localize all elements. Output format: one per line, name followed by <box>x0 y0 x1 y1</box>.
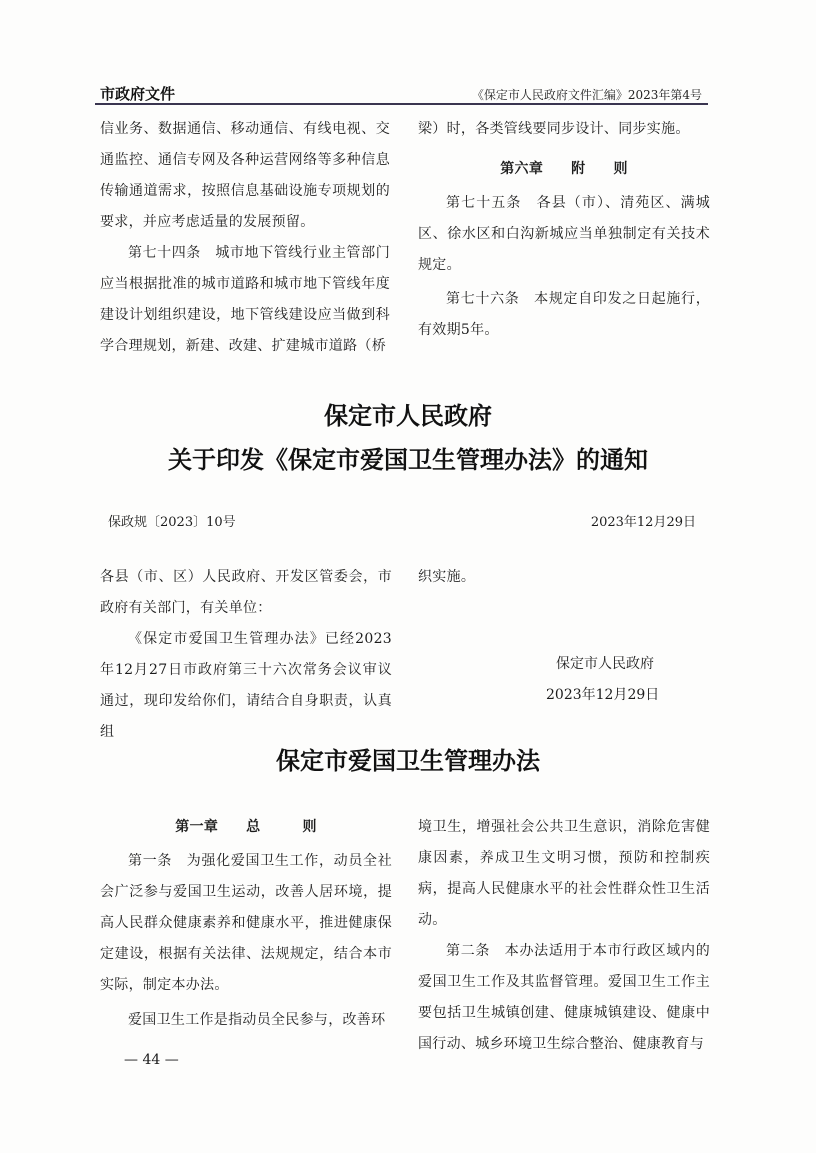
page-number: — 44 — <box>124 1052 179 1068</box>
header-publication-title: 《保定市人民政府文件汇编》2023年第4号 <box>472 86 702 103</box>
paragraph-article-75: 第七十五条 各县（市）、清苑区、满城区、徐水区和白沟新城应当单独制定有关技术规定… <box>418 188 710 281</box>
measures-left-column: 第一章总则 第一条 为强化爱国卫生工作，动员全社会广泛参与爱国卫生运动，改善人居… <box>100 812 392 1036</box>
header-divider <box>95 103 708 105</box>
top-left-column: 信业务、数据通信、移动通信、有线电视、交通监控、通信专网及各种运营网络等多种信息… <box>100 114 390 362</box>
document-number: 保政规〔2023〕10号 <box>108 511 236 530</box>
notice-body: 《保定市爱国卫生管理办法》已经2023年12月27日市政府第三十六次常务会议审议… <box>100 624 392 748</box>
signature-date: 2023年12月29日 <box>546 684 659 704</box>
top-right-column: 梁）时，各类管线要同步设计、同步实施。 第六章附则 第七十五条 各县（市）、清苑… <box>418 114 710 346</box>
notice-left-column: 各县（市、区）人民政府、开发区管委会，市政府有关部门，有关单位： 《保定市爱国卫… <box>100 562 392 748</box>
paragraph: 梁）时，各类管线要同步设计、同步实施。 <box>418 114 710 145</box>
salutation: 各县（市、区）人民政府、开发区管委会，市政府有关部门，有关单位： <box>100 562 392 624</box>
header-section-label: 市政府文件 <box>100 83 175 104</box>
chapter-heading-6: 第六章附则 <box>418 154 710 185</box>
measures-right-column: 境卫生，增强社会公共卫生意识，消除危害健康因素，养成卫生文明习惯，预防和控制疾病… <box>418 812 710 1060</box>
paragraph-continued: 境卫生，增强社会公共卫生意识，消除危害健康因素，养成卫生文明习惯，预防和控制疾病… <box>418 812 710 936</box>
paragraph-article-1: 第一条 为强化爱国卫生工作，动员全社会广泛参与爱国卫生运动，改善人居环境，提高人… <box>100 846 392 1001</box>
chapter-heading-1: 第一章总则 <box>100 812 392 843</box>
paragraph-article-2: 第二条 本办法适用于本市行政区域内的爱国卫生工作及其监督管理。爱国卫生工作主要包… <box>418 936 710 1060</box>
notice-title-line2: 关于印发《保定市爱国卫生管理办法》的通知 <box>0 440 816 475</box>
paragraph-article-76: 第七十六条 本规定自印发之日起施行，有效期5年。 <box>418 284 710 346</box>
measures-title: 保定市爱国卫生管理办法 <box>0 741 816 776</box>
notice-body-continued: 织实施。 <box>418 562 710 593</box>
paragraph: 信业务、数据通信、移动通信、有线电视、交通监控、通信专网及各种运营网络等多种信息… <box>100 114 390 238</box>
document-date: 2023年12月29日 <box>591 511 696 530</box>
notice-title-line1: 保定市人民政府 <box>0 396 816 431</box>
signature-org: 保定市人民政府 <box>556 653 654 673</box>
notice-right-column: 织实施。 <box>418 562 710 593</box>
paragraph-article-74: 第七十四条 城市地下管线行业主管部门应当根据批准的城市道路和城市地下管线年度建设… <box>100 238 390 362</box>
paragraph: 爱国卫生工作是指动员全民参与，改善环 <box>100 1005 392 1036</box>
